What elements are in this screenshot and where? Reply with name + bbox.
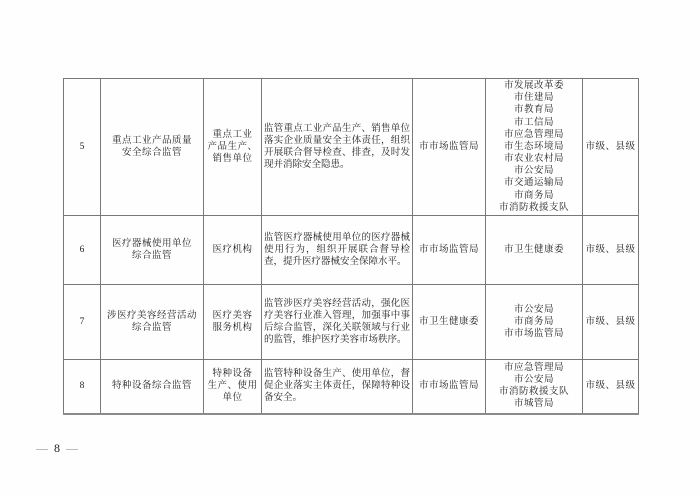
table-row: 7 涉医疗美容经营活动 综合监管 医疗美容 服务机构 监管涉医疗美容经营活动，强… [64,285,639,360]
page-number-dash-left: — [36,441,50,455]
page-number: —8— [36,441,80,456]
cell-lead-department: 市市场监管局 [413,216,486,285]
cell-supervision-target: 特种设备 生产、使用 单位 [204,360,262,414]
cell-seq: 7 [64,285,101,360]
cell-item-name: 重点工业产品质量 安全综合监管 [101,79,204,216]
cell-item-name: 医疗器械使用单位 综合监管 [101,216,204,285]
cell-supervision-target: 医疗美容 服务机构 [204,285,262,360]
cell-seq: 6 [64,216,101,285]
cell-seq: 8 [64,360,101,414]
table-row: 6 医疗器械使用单位 综合监管 医疗机构 监管医疗器械使用单位的医疗器械使用行为… [64,216,639,285]
cell-lead-department: 市卫生健康委 [413,285,486,360]
cell-supervision-target: 医疗机构 [204,216,262,285]
cell-supervision-content: 监管重点工业产品生产、销售单位落实企业质量安全主体责任，组织开展联合督导检查、排… [262,79,413,216]
cell-cooperating-departments: 市应急管理局 市公安局 市消防救援支队 市城管局 [486,360,583,414]
cell-seq: 5 [64,79,101,216]
page-number-value: 8 [50,441,66,455]
cell-level: 市级、县级 [583,360,639,414]
supervision-matters-table: 5 重点工业产品质量 安全综合监管 重点工业 产品生产、 销售单位 监管重点工业… [63,78,639,415]
cell-supervision-content: 监管医疗器械使用单位的医疗器械使用行为，组织开展联合督导检查，提升医疗器械安全保… [262,216,413,285]
cell-item-name: 涉医疗美容经营活动 综合监管 [101,285,204,360]
cell-lead-department: 市市场监管局 [413,360,486,414]
cell-cooperating-departments: 市卫生健康委 [486,216,583,285]
page-number-dash-right: — [66,441,80,455]
cell-supervision-content: 监管特种设备生产、使用单位，督促企业落实主体责任，保障特种设备安全。 [262,360,413,414]
cell-cooperating-departments: 市公安局 市商务局 市市场监管局 [486,285,583,360]
cell-level: 市级、县级 [583,216,639,285]
cell-supervision-content: 监管涉医疗美容经营活动，强化医疗美容行业准入管理，加强事中事后综合监管，深化关联… [262,285,413,360]
cell-level: 市级、县级 [583,79,639,216]
cell-cooperating-departments: 市发展改革委 市住建局 市教育局 市工信局 市应急管理局 市生态环境局 市农业农… [486,79,583,216]
document-page: 5 重点工业产品质量 安全综合监管 重点工业 产品生产、 销售单位 监管重点工业… [0,0,700,495]
table-row: 8 特种设备综合监管 特种设备 生产、使用 单位 监管特种设备生产、使用单位，督… [64,360,639,414]
cell-level: 市级、县级 [583,285,639,360]
table-row: 5 重点工业产品质量 安全综合监管 重点工业 产品生产、 销售单位 监管重点工业… [64,79,639,216]
cell-item-name: 特种设备综合监管 [101,360,204,414]
cell-supervision-target: 重点工业 产品生产、 销售单位 [204,79,262,216]
cell-lead-department: 市市场监管局 [413,79,486,216]
